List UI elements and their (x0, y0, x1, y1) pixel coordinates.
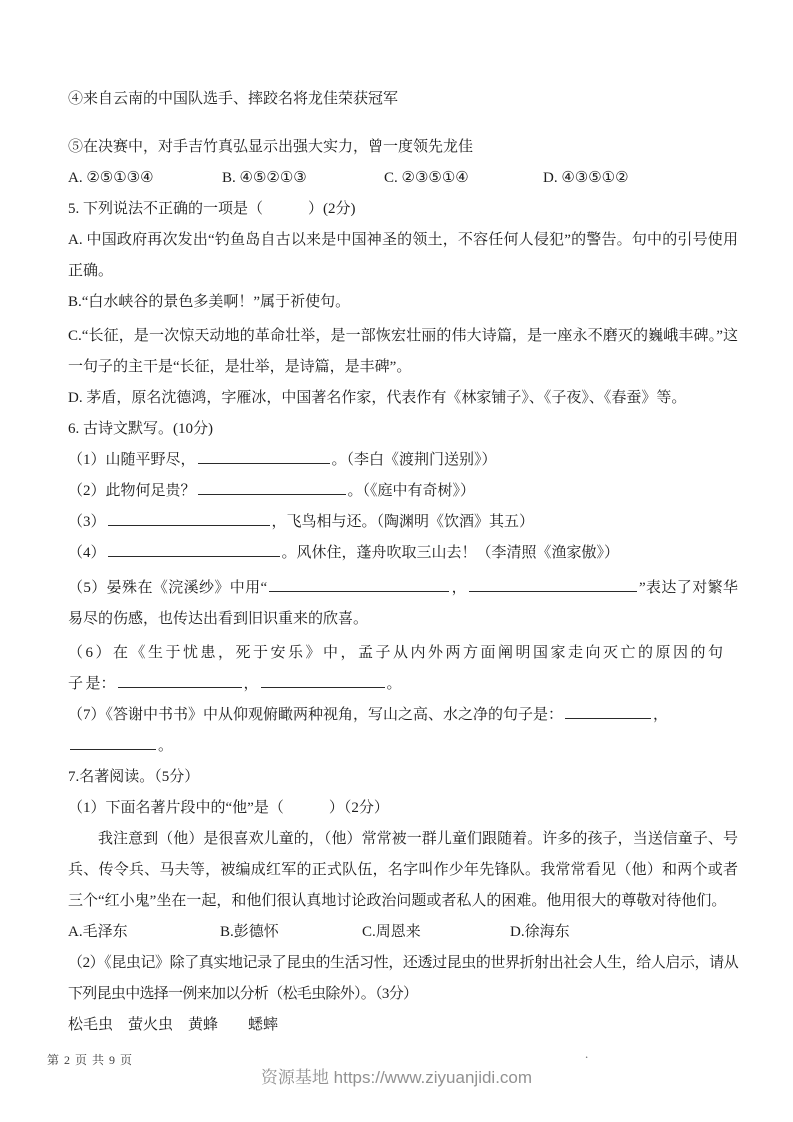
q6-item-2-post: 。（《庭中有奇树》） (348, 483, 476, 499)
exam-page: ④来自云南的中国队选手、摔跤名将龙佳荣获冠军 ⑤在决赛中，对手吉竹真弘显示出强大… (0, 0, 793, 1122)
q5-option-a: A. 中国政府再次发出“钓鱼岛自古以来是中国神圣的领土，不容任何人侵犯”的警告。… (68, 225, 738, 287)
q6-item-1-post: 。（李白《渡荆门送别》） (332, 452, 497, 468)
q6-item-1-pre: （1）山随平野尽， (68, 452, 196, 468)
q6-item-4-post: 。风休住，蓬舟吹取三山去！（李清照《渔家傲》） (282, 545, 620, 561)
q7-stem: 7.名著阅读。（5分） (68, 762, 738, 793)
answer-blank (108, 539, 280, 557)
q6-item-6-mid: ， (244, 676, 259, 692)
q6-item-6-pre-b: 是： (86, 676, 116, 692)
q6-item-2: （2）此物何足贵？。（《庭中有奇树》） (68, 476, 738, 507)
q6-item-7-pre: （7）《答谢中书书》中从仰观俯瞰两种视角，写山之高、水之净的句子是： (68, 707, 563, 723)
q5-option-b: B.“白水峡谷的景色多美啊！”属于祈使句。 (68, 287, 738, 318)
q7-1-option-a: A.毛泽东 (68, 917, 220, 948)
q6-item-7-post: 。 (158, 738, 173, 754)
answer-blank (269, 574, 449, 592)
answer-blank (261, 670, 385, 688)
q7-2-stem: （2）《昆虫记》除了真实地记录了昆虫的生活习性，还透过昆虫的世界折射出社会人生，… (68, 948, 738, 1010)
q6-item-6-post: 。 (387, 676, 402, 692)
q6-item-2-pre: （2）此物何足贵？ (68, 483, 196, 499)
answer-blank (565, 701, 651, 719)
answer-blank (118, 670, 242, 688)
q7-1-stem: （1）下面名著片段中的“他”是（ ）（2分） (68, 793, 738, 824)
q4-option-b: B. ④⑤②①③ (222, 163, 384, 194)
q7-1-option-d: D.徐海东 (510, 917, 570, 948)
q6-item-3: （3），飞鸟相与还。（陶渊明《饮酒》其五） (68, 507, 738, 538)
q7-1-option-c: C.周恩来 (362, 917, 510, 948)
answer-blank (108, 508, 270, 526)
q7-1-options-row: A.毛泽东 B.彭德怀 C.周恩来 D.徐海东 (68, 917, 738, 948)
answer-blank (70, 732, 156, 750)
q7-1-option-b: B.彭德怀 (220, 917, 362, 948)
q6-item-7-mid: ， (653, 707, 668, 723)
q4-option-d: D. ④③⑤①② (543, 163, 629, 194)
q6-item-6: （6）在《生于忧患，死于安乐》中，孟子从内外两方面阐明国家走向灭亡的原因的句子是… (68, 638, 738, 700)
answer-blank (469, 574, 637, 592)
q7-1-passage: 我注意到（他）是很喜欢儿童的，（他）常常被一群儿童们跟随着。许多的孩子，当送信童… (68, 824, 738, 917)
q6-item-5-mid: ， (451, 580, 467, 596)
q5-option-d: D. 茅盾，原名沈德鸿，字雁冰，中国著名作家，代表作有《林家铺子》、《子夜》、《… (68, 383, 738, 414)
circled-item-4: ④来自云南的中国队选手、摔跤名将龙佳荣获冠军 (68, 84, 738, 115)
q7-2-insect-list: 松毛虫 萤火虫 黄蜂 蟋蟀 (68, 1010, 738, 1041)
q6-item-7: （7）《答谢中书书》中从仰观俯瞰两种视角，写山之高、水之净的句子是：，。 (68, 700, 738, 762)
q4-options-row: A. ②⑤①③④ B. ④⑤②①③ C. ②③⑤①④ D. ④③⑤①② (68, 163, 738, 194)
q6-stem: 6. 古诗文默写。(10分) (68, 414, 738, 445)
answer-blank (198, 477, 346, 495)
stray-dot: . (585, 1046, 588, 1062)
q6-item-1: （1）山随平野尽，。（李白《渡荆门送别》） (68, 445, 738, 476)
q4-option-a: A. ②⑤①③④ (68, 163, 222, 194)
q4-option-c: C. ②③⑤①④ (384, 163, 543, 194)
answer-blank (198, 446, 330, 464)
q6-item-4: （4）。风休住，蓬舟吹取三山去！（李清照《渔家傲》） (68, 538, 738, 569)
q6-item-3-pre: （3） (68, 514, 106, 530)
circled-item-5: ⑤在决赛中，对手吉竹真弘显示出强大实力，曾一度领先龙佳 (68, 132, 738, 163)
q5-option-c: C.“长征，是一次惊天动地的革命壮举，是一部恢宏壮丽的伟大诗篇，是一座永不磨灭的… (68, 321, 738, 383)
q5-stem: 5. 下列说法不正确的一项是（ ）(2分) (68, 194, 738, 225)
q6-item-4-pre: （4） (68, 545, 106, 561)
q6-item-3-post: ，飞鸟相与还。（陶渊明《饮酒》其五） (272, 514, 535, 530)
q6-item-5: （5）晏殊在《浣溪纱》中用“，”表达了对繁华易尽的伤感，也传达出看到旧识重来的欣… (68, 573, 738, 635)
watermark: 资源基地 https://www.ziyuanjidi.com (0, 1063, 793, 1088)
q6-item-5-pre: （5）晏殊在《浣溪纱》中用“ (68, 580, 267, 596)
page-content: ④来自云南的中国队选手、摔跤名将龙佳荣获冠军 ⑤在决赛中，对手吉竹真弘显示出强大… (0, 0, 793, 1041)
